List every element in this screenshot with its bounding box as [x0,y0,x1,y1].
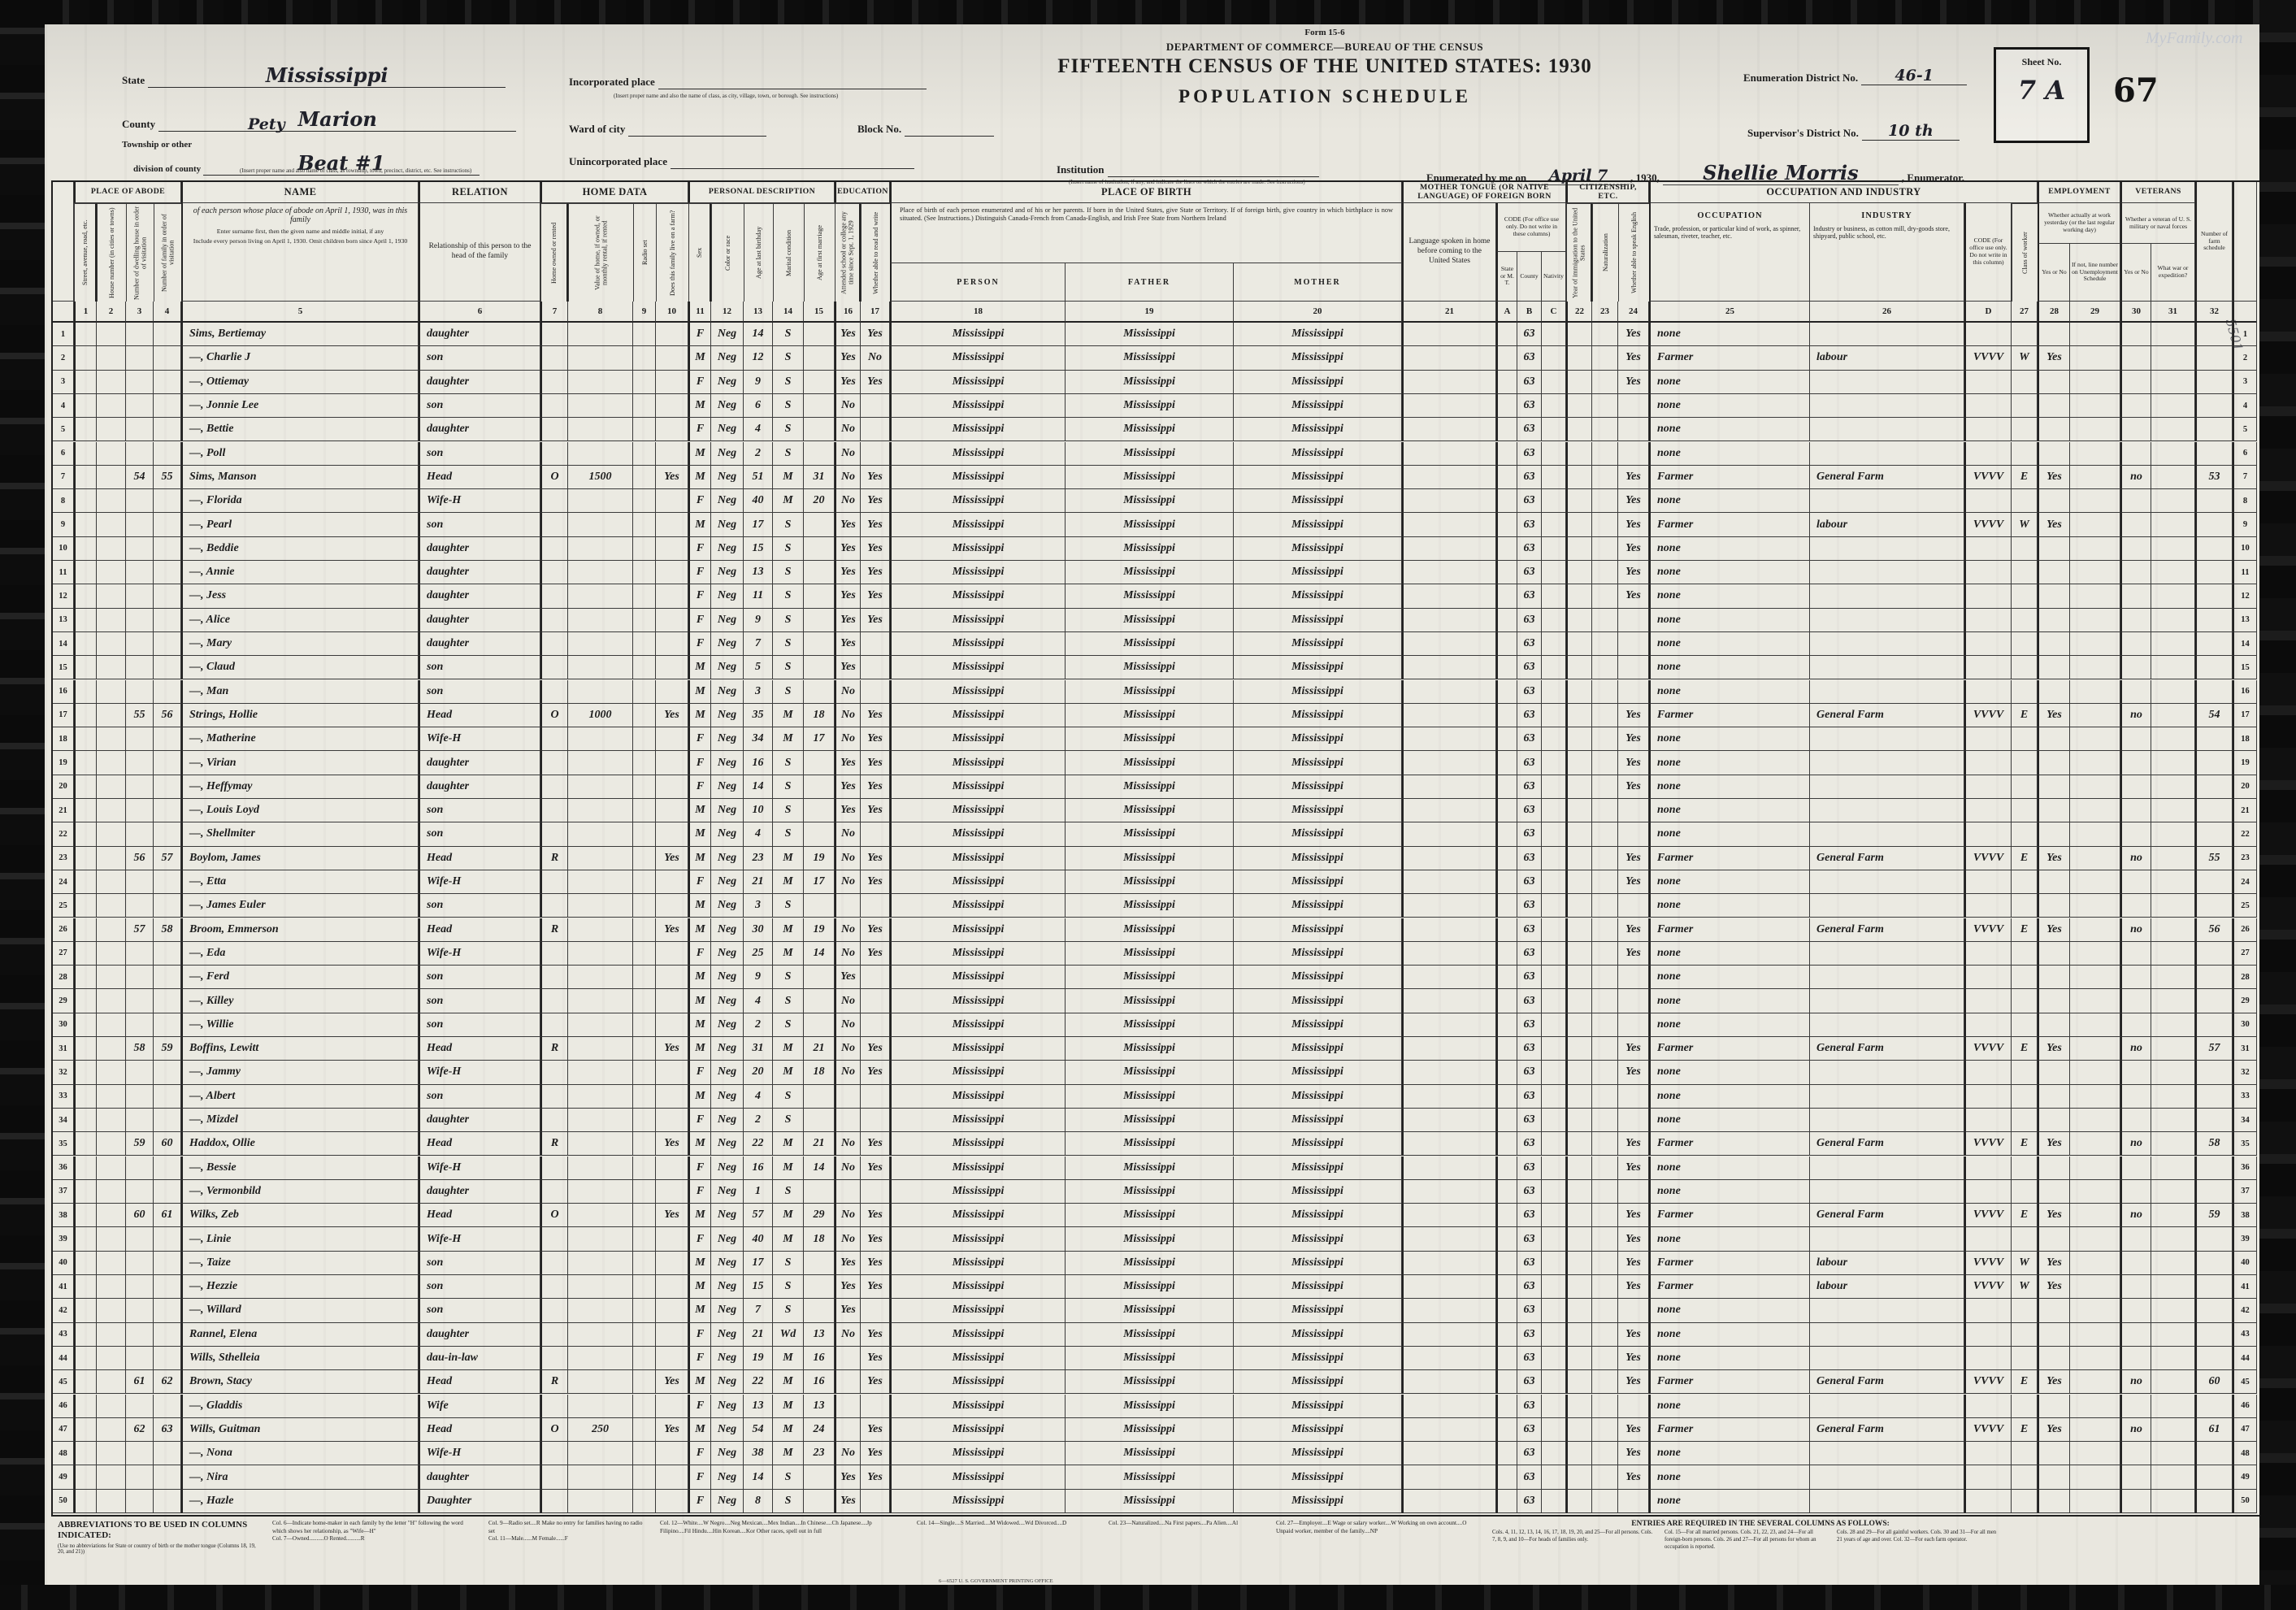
cell-name: —, Alice [181,609,419,632]
cell-pobF: Mississippi [1066,775,1234,799]
cell-pobM: Mississippi [1234,1490,1402,1513]
cell-cA [1496,1227,1517,1251]
cell-sex: M [688,513,711,536]
cell-cB: 63 [1517,918,1542,942]
header-abode-col-3: Number of dwelling house in order of vis… [126,203,154,302]
cell-fs [2195,537,2233,561]
cell-fs [2195,1275,2233,1299]
cell-sex: M [688,1132,711,1156]
cell-race: Neg [711,1227,744,1251]
cell-own [540,1013,568,1037]
cell-d [126,1442,154,1465]
cell-radio [633,1275,656,1299]
cell-house [97,799,126,822]
cell-pobP: Mississippi [890,1465,1066,1489]
cell-pobM: Mississippi [1234,942,1402,966]
cell-rel: daughter [419,418,540,441]
cell-name: —, Poll [181,442,419,466]
cell-pobM: Mississippi [1234,1275,1402,1299]
cell-radio [633,1465,656,1489]
cell-farm: Yes [656,1370,688,1394]
cell-farm: Yes [656,847,688,870]
cell-sch: Yes [835,537,861,561]
cell-imm [1566,632,1592,656]
cell-name: Strings, Hollie [181,704,419,727]
cell-d [126,1395,154,1418]
cell-own [540,1395,568,1418]
cell-nat [1592,1061,1618,1084]
cell-sex: M [688,656,711,679]
cell-f [154,1442,181,1465]
cell-code [1964,870,2012,894]
cell-farm [656,1061,688,1084]
cell-pobP: Mississippi [890,609,1066,632]
cell-rw: Yes [861,537,890,561]
cell-rw: Yes [861,799,890,822]
cell-age: 9 [744,371,773,394]
cell-cB: 63 [1517,418,1542,441]
cell-mar: S [773,989,804,1013]
cell-pobP: Mississippi [890,1395,1066,1418]
population-schedule-table: PLACE OF ABODEStreet, avenue, road, etc.… [51,180,2262,1517]
cell-cls: W [2012,346,2038,370]
cell-pobF: Mississippi [1066,1180,1234,1204]
cell-unemp [2070,513,2120,536]
cell-tongue [1402,799,1496,822]
cell-f [154,1227,181,1251]
cell-rw [861,680,890,704]
cell-rel: Wife-H [419,727,540,751]
cell-code [1964,799,2012,822]
cell-house [97,1395,126,1418]
cell-radio [633,1037,656,1061]
cell-vet [2120,680,2151,704]
cell-pobM: Mississippi [1234,584,1402,608]
line-number: 1 [2233,323,2257,346]
cell-cls [2012,822,2038,846]
cell-vet [2120,751,2151,775]
cell-cC [1542,680,1566,704]
cell-farm [656,1085,688,1109]
cell-ind: General Farm [1810,918,1964,942]
cell-farm [656,394,688,418]
cell-wk: Yes [2038,513,2070,536]
cell-name: —, Nona [181,1442,419,1465]
cell-street [74,870,97,894]
cell-pobF: Mississippi [1066,942,1234,966]
cell-own [540,1347,568,1370]
cell-street [74,1085,97,1109]
column-number-20: 20 [1234,302,1402,323]
cell-d [126,989,154,1013]
cell-d [126,1157,154,1180]
cell-pobM: Mississippi [1234,1395,1402,1418]
cell-eng: Yes [1618,1227,1649,1251]
cell-am: 14 [804,1157,835,1180]
cell-tongue [1402,442,1496,466]
cell-name: —, Eda [181,942,419,966]
cell-race: Neg [711,1204,744,1227]
cell-own [540,1465,568,1489]
cell-ind: labour [1810,346,1964,370]
cell-pobM: Mississippi [1234,632,1402,656]
cell-pobF: Mississippi [1066,1227,1234,1251]
cell-pobP: Mississippi [890,775,1066,799]
cell-ind [1810,1442,1964,1465]
cell-war [2151,1323,2195,1347]
cell-rw [861,1013,890,1037]
cell-name: Wills, Sthelleia [181,1347,419,1370]
cell-pobP: Mississippi [890,537,1066,561]
cell-pobP: Mississippi [890,822,1066,846]
cell-vet: no [2120,847,2151,870]
cell-f [154,1465,181,1489]
cell-pobF: Mississippi [1066,394,1234,418]
cell-cA [1496,799,1517,822]
cell-cls [2012,632,2038,656]
cell-mar: S [773,751,804,775]
cell-cA [1496,584,1517,608]
cell-rw: Yes [861,323,890,346]
cell-am [804,1109,835,1132]
cell-fs: 57 [2195,1037,2233,1061]
cell-sex: M [688,894,711,918]
cell-rel: Head [419,1132,540,1156]
cell-radio [633,847,656,870]
footer-abbreviations: ABBREVIATIONS TO BE USED IN COLUMNS INDI… [58,1520,2244,1555]
cell-pobM: Mississippi [1234,656,1402,679]
cell-farm [656,656,688,679]
cell-imm [1566,1109,1592,1132]
cell-d [126,942,154,966]
cell-val [568,1252,633,1275]
cell-occ: none [1649,822,1810,846]
cell-imm [1566,1465,1592,1489]
cell-sch: No [835,847,861,870]
sheet-value: 7 A [1996,75,2087,106]
cell-sch: No [835,466,861,489]
cell-tongue [1402,989,1496,1013]
column-number-21: 21 [1402,302,1496,323]
cell-cC [1542,799,1566,822]
cell-war [2151,1061,2195,1084]
cell-war [2151,1465,2195,1489]
cell-race: Neg [711,1275,744,1299]
cell-mar: M [773,1157,804,1180]
cell-sch: No [835,489,861,513]
cell-wk [2038,1347,2070,1370]
cell-street [74,537,97,561]
cell-rw: Yes [861,1252,890,1275]
cell-cls [2012,609,2038,632]
cell-code [1964,1442,2012,1465]
cell-cB: 63 [1517,727,1542,751]
cell-val [568,822,633,846]
cell-farm [656,1465,688,1489]
cell-f [154,537,181,561]
line-number: 33 [53,1085,74,1109]
cell-rel: son [419,966,540,989]
cell-pobM: Mississippi [1234,1227,1402,1251]
cell-pobM: Mississippi [1234,1132,1402,1156]
cell-age: 1 [744,1180,773,1204]
cell-tongue [1402,1132,1496,1156]
printing-office-code: 6—6527 U. S. GOVERNMENT PRINTING OFFICE [939,1578,1053,1584]
cell-val [568,727,633,751]
cell-eng: Yes [1618,942,1649,966]
column-number-31: 31 [2151,302,2195,323]
cell-cB: 63 [1517,1395,1542,1418]
cell-eng [1618,966,1649,989]
cell-sch: Yes [835,513,861,536]
cell-cC [1542,1227,1566,1251]
header-veterans-desc: Whether a veteran of U. S. military or n… [2120,203,2195,244]
line-number: 35 [2233,1132,2257,1156]
cell-radio [633,1395,656,1418]
cell-am [804,418,835,441]
cell-val [568,870,633,894]
cell-pobP: Mississippi [890,1013,1066,1037]
cell-name: —, Shellmiter [181,822,419,846]
cell-war [2151,513,2195,536]
cell-sch: Yes [835,799,861,822]
cell-house [97,1085,126,1109]
cell-unemp [2070,704,2120,727]
cell-nat [1592,323,1618,346]
cell-pobM: Mississippi [1234,1323,1402,1347]
cell-imm [1566,1252,1592,1275]
cell-race: Neg [711,561,744,584]
cell-f: 56 [154,704,181,727]
cell-am [804,1013,835,1037]
cell-unemp [2070,442,2120,466]
cell-house [97,489,126,513]
cell-rw: Yes [861,1275,890,1299]
cell-rel: daughter [419,561,540,584]
cell-f [154,680,181,704]
cell-occ: none [1649,1490,1810,1513]
cell-tongue [1402,727,1496,751]
cell-rel: daughter [419,371,540,394]
cell-fs [2195,1157,2233,1180]
header-home-data: HOME DATA [540,182,688,203]
cell-mar: M [773,942,804,966]
cell-farm [656,1180,688,1204]
cell-nat [1592,1275,1618,1299]
cell-farm [656,513,688,536]
cell-nat [1592,346,1618,370]
cell-eng: Yes [1618,513,1649,536]
cell-race: Neg [711,1299,744,1322]
cell-wk: Yes [2038,1252,2070,1275]
cell-street [74,1180,97,1204]
cell-radio [633,918,656,942]
cell-cls: E [2012,704,2038,727]
header-name-desc: of each person whose place of abode on A… [181,203,419,302]
cell-age: 13 [744,561,773,584]
cell-fs [2195,1465,2233,1489]
cell-sex: F [688,1180,711,1204]
cell-war [2151,1180,2195,1204]
cell-name: —, Annie [181,561,419,584]
cell-pobP: Mississippi [890,1299,1066,1322]
header-home-col-7: Home owned or rented [540,203,568,302]
cell-cls [2012,442,2038,466]
cell-street [74,1490,97,1513]
cell-street [74,466,97,489]
cell-war [2151,1490,2195,1513]
cell-unemp [2070,1299,2120,1322]
cell-wk [2038,394,2070,418]
cell-d [126,537,154,561]
cell-pobM: Mississippi [1234,918,1402,942]
cell-wk [2038,680,2070,704]
line-number: 26 [2233,918,2257,942]
cell-pobM: Mississippi [1234,1299,1402,1322]
cell-nat [1592,632,1618,656]
cell-street [74,1275,97,1299]
cell-street [74,942,97,966]
cell-name: —, Heffymay [181,775,419,799]
cell-wk [2038,1395,2070,1418]
film-edge-bottom [0,1585,2296,1610]
state-value: Mississippi [148,63,506,88]
cell-fs [2195,822,2233,846]
cell-rel: son [419,513,540,536]
cell-val [568,1037,633,1061]
cell-d [126,1490,154,1513]
cell-tongue [1402,1013,1496,1037]
cell-val [568,1085,633,1109]
entries-col-1: Cols. 4, 11, 12, 13, 14, 16, 17, 18, 19,… [1492,1530,1655,1551]
line-number: 46 [2233,1395,2257,1418]
cell-unemp [2070,1013,2120,1037]
cell-house [97,1418,126,1442]
line-number: 15 [2233,656,2257,679]
cell-pobF: Mississippi [1066,371,1234,394]
cell-unemp [2070,1085,2120,1109]
cell-f [154,1299,181,1322]
column-number-7: 7 [540,302,568,323]
cell-race: Neg [711,1061,744,1084]
cell-pobF: Mississippi [1066,1132,1234,1156]
cell-age: 9 [744,966,773,989]
cell-f [154,584,181,608]
cell-d: 61 [126,1370,154,1394]
cell-val [568,442,633,466]
cell-am: 21 [804,1037,835,1061]
header-education: EDUCATION [835,182,890,203]
cell-race: Neg [711,1465,744,1489]
cell-race: Neg [711,1418,744,1442]
cell-age: 22 [744,1132,773,1156]
line-number: 21 [2233,799,2257,822]
cell-fs: 56 [2195,918,2233,942]
cell-f [154,656,181,679]
cell-fs [2195,751,2233,775]
cell-imm [1566,1323,1592,1347]
column-number-14: 14 [773,302,804,323]
cell-house [97,609,126,632]
cell-cls [2012,799,2038,822]
cell-name: —, Man [181,680,419,704]
cell-pobP: Mississippi [890,656,1066,679]
cell-pobM: Mississippi [1234,1442,1402,1465]
cell-name: —, Bettie [181,418,419,441]
cell-mar: S [773,656,804,679]
cell-cA [1496,1418,1517,1442]
cell-wk [2038,489,2070,513]
cell-sch [835,1085,861,1109]
cell-cA [1496,537,1517,561]
cell-race: Neg [711,371,744,394]
line-number: 16 [2233,680,2257,704]
cell-wk [2038,1299,2070,1322]
cell-pobP: Mississippi [890,1275,1066,1299]
cell-occ: Farmer [1649,1252,1810,1275]
cell-eng: Yes [1618,704,1649,727]
cell-street [74,1109,97,1132]
cell-war [2151,704,2195,727]
cell-unemp [2070,799,2120,822]
cell-own: R [540,847,568,870]
cell-rw: Yes [861,847,890,870]
header-pob-father: FATHER [1066,263,1234,302]
header-employment-col-28: Yes or No [2038,244,2070,302]
cell-tongue [1402,466,1496,489]
cell-sch: Yes [835,1465,861,1489]
cell-ind [1810,1323,1964,1347]
cell-cls [2012,584,2038,608]
cell-war [2151,466,2195,489]
line-number: 10 [53,537,74,561]
cell-cC [1542,1037,1566,1061]
cell-nat [1592,1037,1618,1061]
cell-sex: M [688,346,711,370]
cell-ind [1810,942,1964,966]
cell-ind [1810,442,1964,466]
cell-pobM: Mississippi [1234,1347,1402,1370]
cell-sex: F [688,1465,711,1489]
cell-pobP: Mississippi [890,489,1066,513]
cell-sex: M [688,1418,711,1442]
cell-nat [1592,1227,1618,1251]
cell-cA [1496,704,1517,727]
cell-nat [1592,609,1618,632]
cell-am [804,1085,835,1109]
cell-mar: S [773,1085,804,1109]
cell-name: —, Albert [181,1085,419,1109]
cell-street [74,1204,97,1227]
header-home-col-8: Value of home, if owned, or monthly rent… [568,203,633,302]
cell-cC [1542,561,1566,584]
cell-tongue [1402,1275,1496,1299]
cell-race: Neg [711,323,744,346]
cell-f: 57 [154,847,181,870]
cell-street [74,442,97,466]
cell-war [2151,442,2195,466]
line-number: 42 [2233,1299,2257,1322]
cell-cA [1496,822,1517,846]
cell-occ: none [1649,632,1810,656]
cell-street [74,394,97,418]
cell-occ: none [1649,394,1810,418]
cell-cC [1542,1275,1566,1299]
enumeration-district-value: 46-1 [1861,67,1967,85]
abbr-col27: Col. 27—Employer....E Wage or salary wor… [1276,1520,1479,1535]
line-number: 39 [53,1227,74,1251]
cell-own [540,418,568,441]
